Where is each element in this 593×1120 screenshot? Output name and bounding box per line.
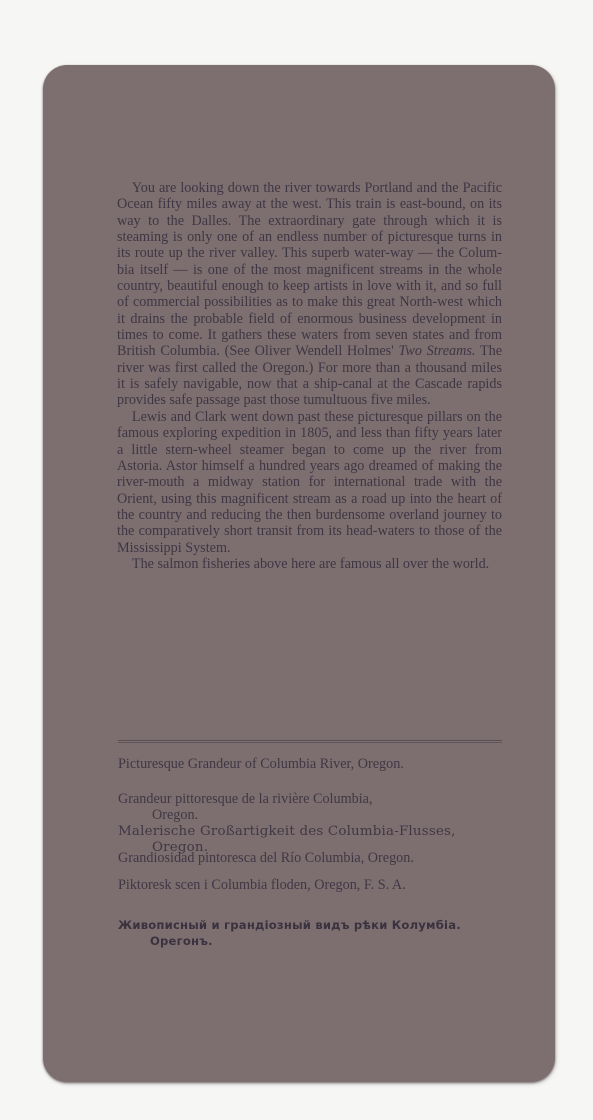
caption-swedish-text: Piktoresk scen i Columbia floden, Oregon… [118,877,406,893]
caption-english-text: Picturesque Grandeur of Columbia River, … [118,756,404,772]
caption-russian: Живописный и грандіозный видъ рѣки Колум… [118,917,503,950]
caption-french-line2: Oregon. [118,807,503,823]
divider-rule [118,740,502,743]
caption-french-line1: Grandeur pittoresque de la rivière Colum… [118,791,373,807]
caption-russian-line1: Живописный и грандіозный видъ рѣки Колум… [118,918,461,932]
paragraph-1-text: You are looking down the river towards P… [117,180,502,359]
paragraph-salmon: The salmon fisheries above here are famo… [117,556,502,572]
caption-french: Grandeur pittoresque de la rivière Colum… [118,791,503,824]
caption-spanish-text: Grandiosidad pintoresca del Río Columbia… [118,850,414,866]
caption-swedish: Piktoresk scen i Columbia floden, Oregon… [118,877,503,893]
caption-russian-line2: Орегонъ. [118,933,503,949]
caption-spanish: Grandiosidad pintoresca del Río Columbia… [118,850,503,866]
caption-german-line1: Malerische Großartigkeit des Columbia-Fl… [118,824,456,839]
book-title: Two Streams. [399,343,476,359]
paragraph-lewis-clark: Lewis and Clark went down past these pic… [117,409,502,556]
description-text: You are looking down the river towards P… [117,180,502,572]
paragraph-columbia-river: You are looking down the river towards P… [117,180,502,409]
caption-english: Picturesque Grandeur of Columbia River, … [118,756,503,772]
